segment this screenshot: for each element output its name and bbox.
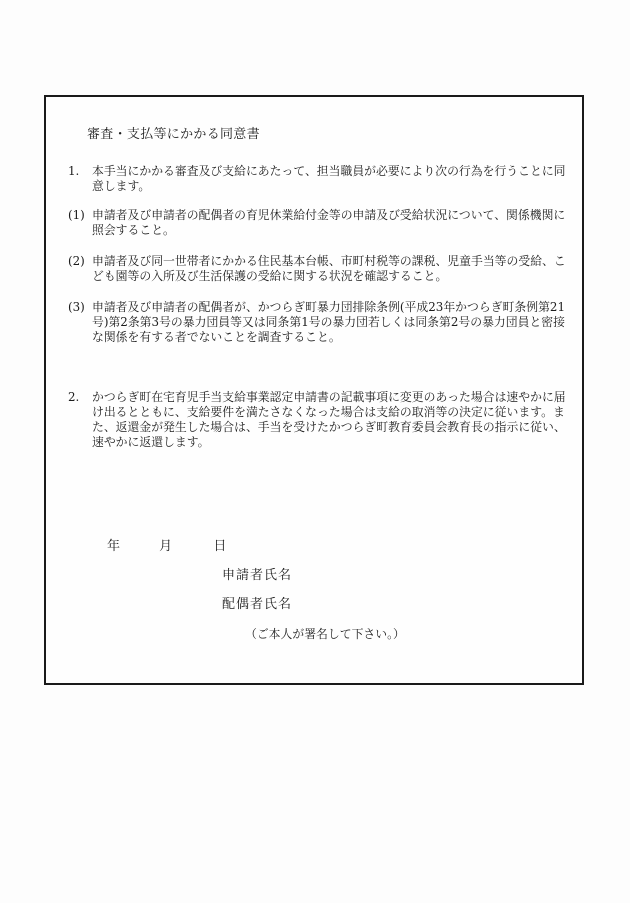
document-sheet: 審査・支払等にかかる同意書 1. 本手当にかかる審査及び支給にあたって、担当職員… bbox=[44, 95, 584, 685]
document-title: 審査・支払等にかかる同意書 bbox=[87, 127, 568, 143]
item-text: かつらぎ町在宅育児手当支給事業認定申請書の記載事項に変更のあった場合は速やかに届… bbox=[92, 390, 566, 449]
signature-note-row: （ご本人が署名して下さい。） bbox=[68, 626, 568, 642]
applicant-name-label: 申請者氏名 bbox=[222, 568, 292, 583]
spouse-name-label: 配偶者氏名 bbox=[222, 597, 292, 612]
item-marker: 2. bbox=[68, 390, 79, 405]
date-line: 年 月 日 bbox=[68, 539, 568, 555]
consent-item-1-1: (1) 申請者及び申請者の配偶者の育児休業給付金等の申請及び受給状況について、関… bbox=[68, 208, 568, 238]
item-marker: (3) bbox=[68, 300, 85, 315]
item-marker: (2) bbox=[68, 254, 85, 269]
spouse-name-row: 配偶者氏名 bbox=[68, 597, 568, 613]
applicant-name-row: 申請者氏名 bbox=[68, 568, 568, 584]
consent-item-1: 1. 本手当にかかる審査及び支給にあたって、担当職員が必要により次の行為を行うこ… bbox=[68, 164, 568, 194]
signature-note: （ご本人が署名して下さい。） bbox=[245, 627, 405, 641]
item-text: 申請者及び同一世帯者にかかる住民基本台帳、市町村税等の課税、児童手当等の受給、こ… bbox=[92, 254, 566, 283]
consent-item-1-3: (3) 申請者及び申請者の配偶者が、かつらぎ町暴力団排除条例(平成23年かつらぎ… bbox=[68, 300, 568, 345]
month-label: 月 bbox=[159, 539, 172, 554]
consent-item-2: 2. かつらぎ町在宅育児手当支給事業認定申請書の記載事項に変更のあった場合は速や… bbox=[68, 390, 568, 450]
item-text: 申請者及び申請者の配偶者の育児休業給付金等の申請及び受給状況について、関係機関に… bbox=[92, 208, 565, 237]
item-text: 申請者及び申請者の配偶者が、かつらぎ町暴力団排除条例(平成23年かつらぎ町条例第… bbox=[92, 300, 565, 344]
consent-item-1-2: (2) 申請者及び同一世帯者にかかる住民基本台帳、市町村税等の課税、児童手当等の… bbox=[68, 254, 568, 284]
item-marker: 1. bbox=[68, 164, 79, 179]
day-label: 日 bbox=[213, 539, 226, 554]
document-content: 審査・支払等にかかる同意書 1. 本手当にかかる審査及び支給にあたって、担当職員… bbox=[46, 97, 582, 642]
year-label: 年 bbox=[107, 539, 120, 554]
item-text: 本手当にかかる審査及び支給にあたって、担当職員が必要により次の行為を行うことに同… bbox=[92, 164, 566, 193]
item-marker: (1) bbox=[68, 208, 85, 223]
page: 審査・支払等にかかる同意書 1. 本手当にかかる審査及び支給にあたって、担当職員… bbox=[0, 0, 630, 903]
